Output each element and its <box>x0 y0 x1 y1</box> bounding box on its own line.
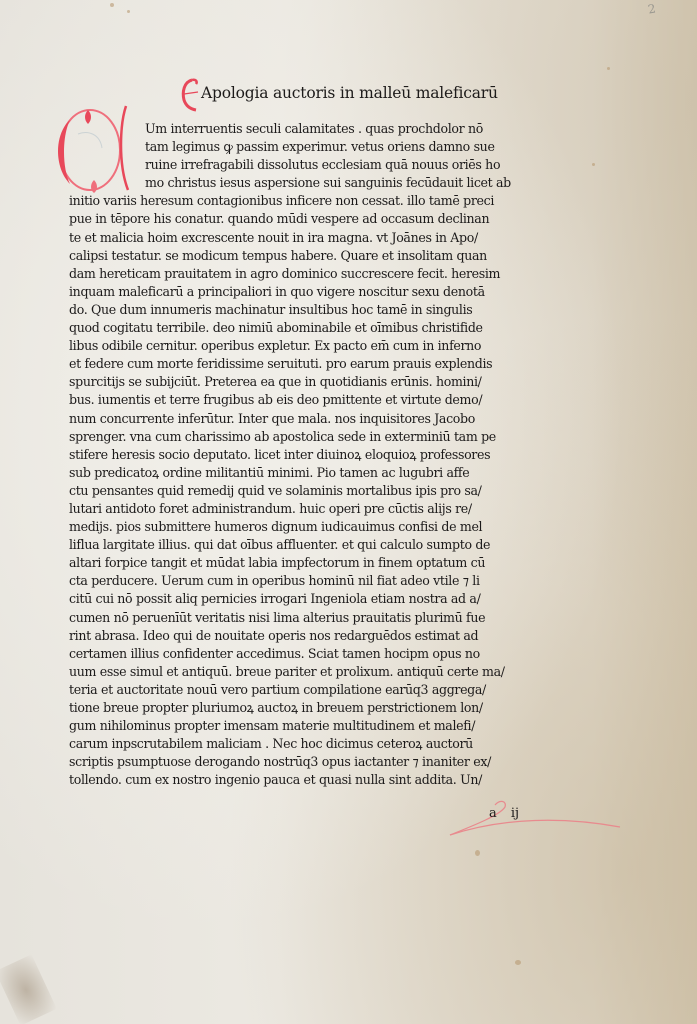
text-line: carum inpscrutabilem maliciam . Nec hoc … <box>69 735 547 753</box>
text-line: libus odibile cernitur. operibus expletu… <box>69 337 547 355</box>
folio-mark: 2 <box>647 1 657 16</box>
text-line: num concurrente inferūtur. Inter que mal… <box>69 410 547 428</box>
text-line: ruine irrefragabili dissolutus ecclesiam… <box>69 156 547 174</box>
foxing-spot <box>592 163 595 166</box>
text-line: tollendo. cum ex nostro ingenio pauca et… <box>69 771 547 789</box>
text-line: tione breue propter pluriumoꝝ auctoꝝ in … <box>69 699 547 717</box>
foxing-spot <box>475 850 480 856</box>
text-line: liflua largitate illius. qui dat oībus a… <box>69 536 547 554</box>
text-line: medijs. pios submittere humeros dignum i… <box>69 518 547 536</box>
text-line: calipsi testatur. se modicum tempus habe… <box>69 247 547 265</box>
text-line: scriptis psumptuose derogando nostrūq3 o… <box>69 753 547 771</box>
manuscript-page: 2 Apologia auctoris in malleū maleficarū… <box>0 0 697 1024</box>
text-line: mo christus iesus aspersione sui sanguin… <box>69 174 547 192</box>
text-line: quod cogitatu terribile. deo nimiū abomi… <box>69 319 547 337</box>
chapter-heading: Apologia auctoris in malleū maleficarū <box>201 84 498 102</box>
text-line: certamen illius confidenter accedimus. S… <box>69 645 547 663</box>
text-line: spurcitijs se subijciūt. Preterea ea que… <box>69 373 547 391</box>
heading-red-initial-icon <box>178 78 202 112</box>
text-line: tam legimus ꝙ passim experimur. vetus or… <box>69 138 547 156</box>
red-pencil-mark-icon <box>445 795 625 840</box>
text-line: sprenger. vna cum charissimo ab apostoli… <box>69 428 547 446</box>
text-line: pue in tēpore his conatur. quando mūdi v… <box>69 210 547 228</box>
text-line: teria et auctoritate nouū vero partium c… <box>69 681 547 699</box>
text-line: rint abrasa. Ideo qui de nouitate operis… <box>69 627 547 645</box>
text-line: do. Que dum innumeris machinatur insulti… <box>69 301 547 319</box>
text-line: uum esse simul et antiquū. breue pariter… <box>69 663 547 681</box>
text-line: inquam maleficarū a principaliori in quo… <box>69 283 547 301</box>
body-text: Um interruentis seculi calamitates . qua… <box>69 120 547 789</box>
text-line: et federe cum morte feridissime seruitut… <box>69 355 547 373</box>
paper-stain <box>0 954 57 1024</box>
text-line: sub predicatoꝝ ordine militantiū minimi.… <box>69 464 547 482</box>
foxing-spot <box>127 10 130 13</box>
text-line: initio variis heresum contagionibus infi… <box>69 192 547 210</box>
text-line: cta perducere. Uerum cum in operibus hom… <box>69 572 547 590</box>
text-line: te et malicia hoim excrescente nouit in … <box>69 229 547 247</box>
foxing-spot <box>607 67 610 70</box>
text-line: Um interruentis seculi calamitates . qua… <box>69 120 547 138</box>
text-line: lutari antidoto foret administrandum. hu… <box>69 500 547 518</box>
text-line: cumen nō peruenīūt veritatis nisi lima a… <box>69 609 547 627</box>
foxing-spot <box>110 3 114 7</box>
text-line: ctu pensantes quid remedij quid ve solam… <box>69 482 547 500</box>
text-line: bus. iumentis et terre frugibus ab eis d… <box>69 391 547 409</box>
text-line: citū cui nō possit aliq pernicies irroga… <box>69 590 547 608</box>
text-line: stifere heresis socio deputato. licet in… <box>69 446 547 464</box>
text-line: dam hereticam prauitatem in agro dominic… <box>69 265 547 283</box>
signature-mark: a ij <box>489 806 519 821</box>
text-line: altari forpice tangit et mūdat labia imp… <box>69 554 547 572</box>
foxing-spot <box>515 960 521 965</box>
text-line: gum nihilominus propter imensam materie … <box>69 717 547 735</box>
